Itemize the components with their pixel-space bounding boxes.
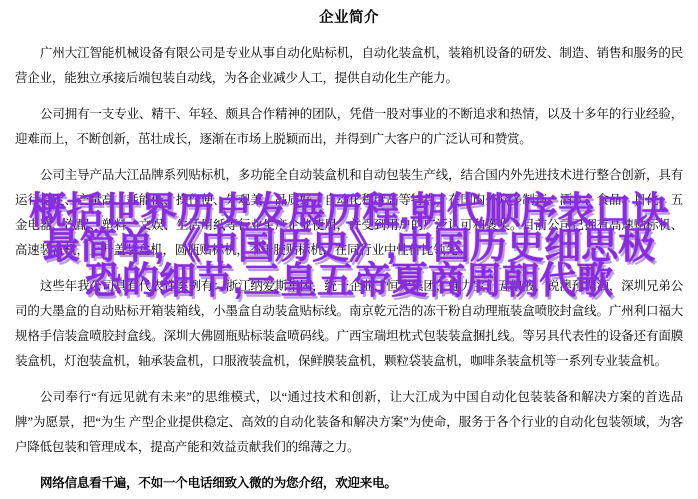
paragraph-products: 公司主导产品大江品牌系列贴标机，多功能全自动装盒机和自动包装生产线，结合国内外先… (15, 163, 683, 263)
company-profile-page: 企业简介 广州大江智能机械设备有限公司是专业从事自动化贴标机，自动化装盒机，装箱… (0, 0, 698, 496)
paragraph-company-intro: 广州大江智能机械设备有限公司是专业从事自动化贴标机，自动化装盒机，装箱机设备的研… (15, 41, 683, 91)
paragraph-team: 公司拥有一支专业、精干、年轻、颇具合作精神的团队，凭借一股对事业的不断追求和热情… (15, 102, 683, 152)
paragraph-cases: 这些年我公司具有代表性案例有：浙江纳爱斯集团，统一企业，恒大集团，健力宝，五粮液… (15, 274, 683, 374)
paragraph-mission: 公司奉行“有远见就有未来”的思维模式，以“通过技术和创新，让大江成为中国自动化包… (15, 385, 683, 460)
page-title: 企业简介 (15, 6, 683, 31)
footer-note: 网络信息看千遍，不如一个电话细致入微的为您介绍，欢迎来电。 (15, 471, 683, 496)
